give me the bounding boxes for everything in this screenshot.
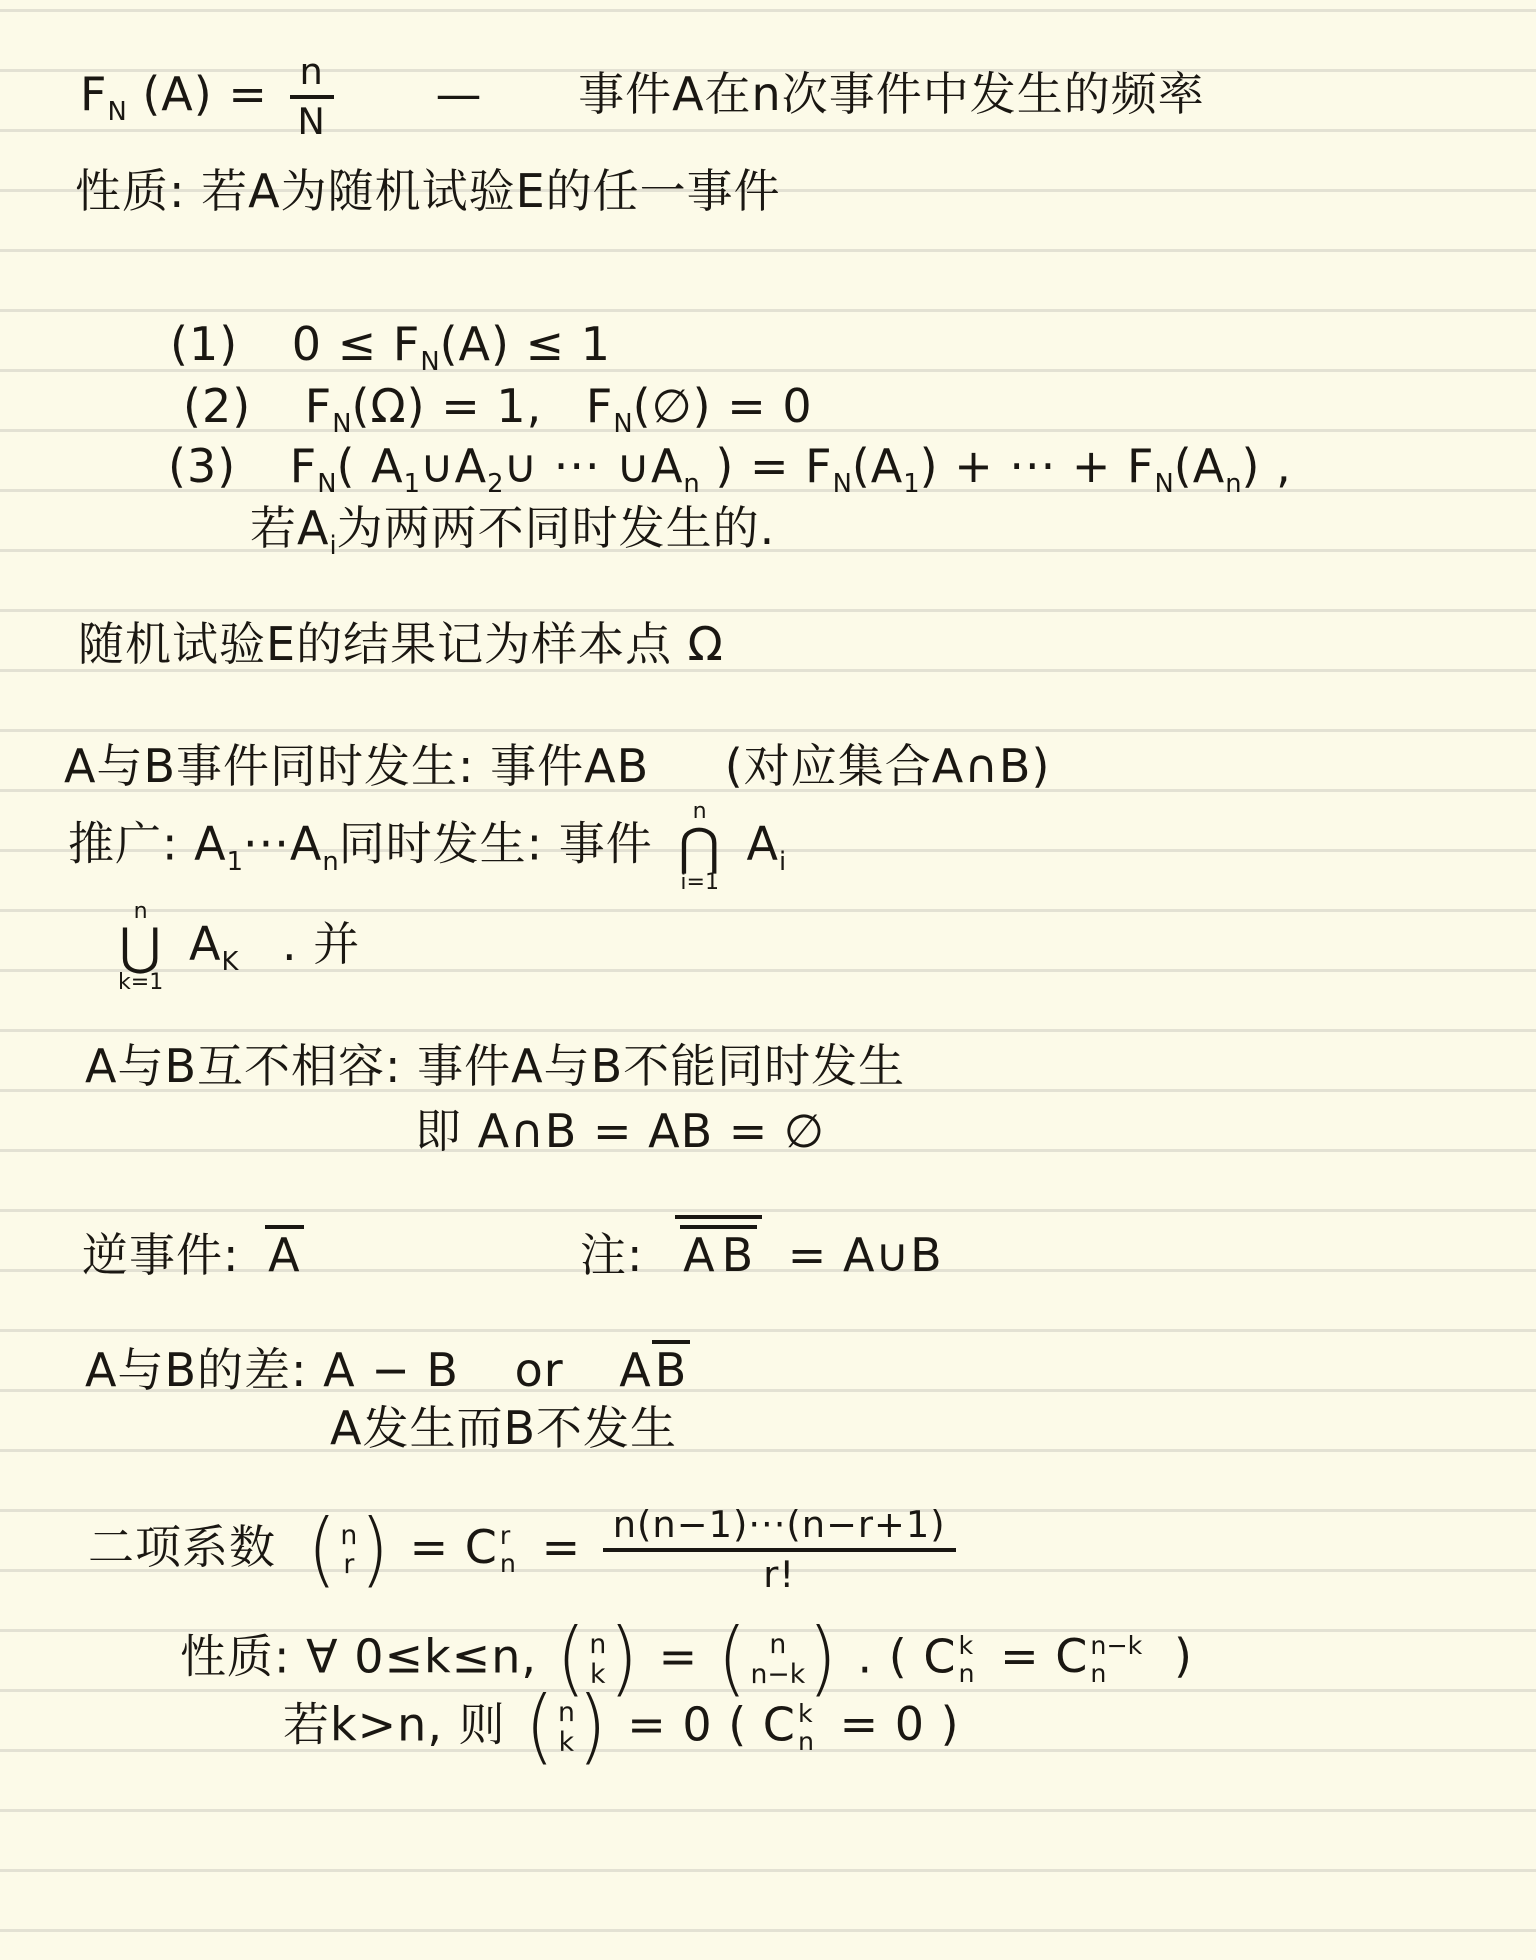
an-subscript: n <box>1225 469 1241 499</box>
complement-line: 逆事件: A <box>82 1225 304 1282</box>
fn-subscript: N <box>1155 469 1174 499</box>
prop1-rhs: (A) ≤ 1 <box>440 317 611 371</box>
property-3: (3) FN( A1∪A2∪ ··· ∪An ) = FN(A1) + ··· … <box>168 440 1292 500</box>
prop3b-seg: 若A <box>250 501 329 555</box>
prop3b-seg: 为两两不同时发生的. <box>337 501 776 555</box>
joint-occurrence-line: A与B事件同时发生: 事件AB (对应集合A∩B) <box>64 740 1050 793</box>
equals-c: = C <box>410 1520 498 1574</box>
prop3-seg: ) + ··· + F <box>920 439 1155 493</box>
binom-bottom: r <box>343 1550 354 1580</box>
binom-top: n <box>558 1698 575 1728</box>
difference-note-text: A发生而B不发生 <box>330 1401 677 1455</box>
fn-subscript: N <box>833 469 852 499</box>
binomial-property-1: 性质: ∀ 0≤k≤n, (nk) = (nn−k) . ( Ckn = Cn−… <box>180 1630 1193 1690</box>
binom-bottom: n−k <box>750 1660 805 1690</box>
union-label: . 并 <box>282 917 360 971</box>
fn-symbol: F <box>80 67 107 121</box>
c-subscript: n <box>1090 1660 1106 1688</box>
binomial-label: 二项系数 <box>88 1520 276 1574</box>
binom-prop2-mid: = 0 ( C <box>627 1697 796 1751</box>
mutually-exclusive-line: A与B互不相容: 事件A与B不能同时发生 <box>85 1040 905 1093</box>
binom-prop2-end: = 0 ) <box>840 1697 960 1751</box>
ai-subscript: i <box>779 847 786 877</box>
fn-subscript: N <box>613 409 632 439</box>
fn-symbol: F <box>586 379 613 433</box>
lower-limit: k=1 <box>118 971 163 994</box>
binom-bottom: k <box>559 1728 574 1758</box>
c-superscript: r <box>500 1522 510 1550</box>
frac-denominator: r! <box>763 1552 795 1595</box>
difference-note-line: A发生而B不发生 <box>330 1402 677 1455</box>
c-supsub: n−kn <box>1090 1632 1142 1689</box>
de-morgan-note: 注: AB = A∪B <box>580 1215 943 1282</box>
paren-close: ) <box>1174 1629 1193 1683</box>
c-supsub: kn <box>798 1700 814 1757</box>
a-plain: A <box>619 1343 651 1397</box>
mutually-exclusive-equation: 即 A∩B = AB = ∅ <box>415 1105 825 1158</box>
intersection-icon: ⋂ <box>678 823 721 871</box>
c-superscript: n−k <box>1090 1632 1142 1660</box>
c-superscript: k <box>798 1700 813 1728</box>
a-bar: A <box>680 1225 718 1279</box>
prop3-seg: ) = F <box>700 439 833 493</box>
paren-close: ) <box>808 1627 838 1692</box>
c-subscript: n <box>958 1660 974 1688</box>
binomial-fraction: n(n−1)···(n−r+1) r! <box>603 1505 956 1596</box>
binom-n-nminusk: (nn−k) <box>718 1630 838 1690</box>
equals-c: = C <box>1000 1629 1088 1683</box>
properties-header-text: 性质: 若A为随机试验E的任一事件 <box>75 164 781 218</box>
generalization-line: 推广: A1···An同时发生: 事件 n ⋂ i=1 Ai <box>68 800 786 894</box>
b-bar: B <box>652 1340 691 1394</box>
fn-subscript: N <box>107 97 126 127</box>
joint-text: A与B事件同时发生: 事件AB <box>64 739 649 793</box>
paren-open: ( <box>525 1695 555 1760</box>
binom-n-k: (nk) <box>525 1698 607 1758</box>
prop3-seg: ∪A <box>420 439 487 493</box>
paren-close: ) <box>609 1627 639 1692</box>
a2-subscript: 2 <box>487 469 503 499</box>
a1-subscript: 1 <box>404 469 420 499</box>
big-intersection-operator: n ⋂ i=1 <box>678 800 721 894</box>
property-3-continuation: 若Ai为两两不同时发生的. <box>250 502 775 562</box>
double-overline-ab: AB <box>675 1215 762 1279</box>
a1-subscript: 1 <box>227 847 243 877</box>
c-subscript: n <box>500 1550 516 1578</box>
lower-limit: i=1 <box>680 871 719 894</box>
union-line: n ⋃ k=1 AK . 并 <box>118 900 360 994</box>
union-seg: A <box>189 917 221 971</box>
property-1: (1) 0 ≤ FN(A) ≤ 1 <box>170 318 611 378</box>
prop3-seg: (A <box>1174 439 1225 493</box>
an-subscript: n <box>683 469 699 499</box>
fraction-n-over-N: n N <box>290 52 334 143</box>
mutually-exclusive-text: A与B互不相容: 事件A与B不能同时发生 <box>85 1039 905 1093</box>
binom-n-r: (nr) <box>308 1521 390 1581</box>
paren-open: ( <box>718 1627 748 1692</box>
gen-seg: 同时发生: 事件 <box>339 817 653 871</box>
frac-numerator: n <box>290 52 334 99</box>
dash: — <box>435 67 482 121</box>
fn-subscript: N <box>317 469 336 499</box>
prop1-lhs: 0 ≤ F <box>292 317 421 371</box>
a-bar: A <box>265 1225 303 1279</box>
sample-point-text: 随机试验E的结果记为样本点 Ω <box>78 617 724 671</box>
c-supsub: kn <box>958 1632 974 1689</box>
ai-subscript: i <box>329 531 336 561</box>
frac-denominator: N <box>297 99 326 142</box>
prop2-omega: (Ω) = 1, <box>352 379 543 433</box>
mutually-exclusive-eq-text: 即 A∩B = AB = ∅ <box>415 1104 825 1158</box>
properties-header: 性质: 若A为随机试验E的任一事件 <box>75 165 781 218</box>
binom-prop2-lhs: 若k>n, 则 <box>283 1697 506 1751</box>
paren-open: ( <box>308 1518 338 1583</box>
or-label: or <box>515 1343 564 1397</box>
item-number: (1) <box>170 318 238 371</box>
binomial-property-2: 若k>n, 则 (nk) = 0 ( Ckn = 0 ) <box>283 1698 960 1758</box>
prop3-seg: ( A <box>337 439 404 493</box>
gen-seg: A <box>747 817 779 871</box>
sample-point-line: 随机试验E的结果记为样本点 Ω <box>78 618 724 671</box>
joint-set-note: (对应集合A∩B) <box>725 739 1051 793</box>
an-subscript: n <box>322 847 338 877</box>
de-morgan-rhs: = A∪B <box>788 1228 943 1282</box>
binom-prop1-lhs: 性质: ∀ 0≤k≤n, <box>180 1629 537 1683</box>
property-2: (2) FN(Ω) = 1, FN(∅) = 0 <box>183 380 813 440</box>
item-number: (2) <box>183 380 251 433</box>
fn-subscript: N <box>332 409 351 439</box>
big-union-operator: n ⋃ k=1 <box>118 900 163 994</box>
prop3-seg: (A <box>852 439 903 493</box>
paren-close: ) <box>360 1518 390 1583</box>
fn-symbol: F <box>290 439 317 493</box>
binom-top: n <box>340 1521 357 1551</box>
frac-numerator: n(n−1)···(n−r+1) <box>603 1505 956 1552</box>
ak-subscript: K <box>221 947 238 977</box>
frequency-description: 事件A在n次事件中发生的频率 <box>578 67 1205 121</box>
paren-close: ) <box>578 1695 608 1760</box>
binomial-coefficient-line: 二项系数 (nr) = Crn = n(n−1)···(n−r+1) r! <box>88 1505 962 1596</box>
c-supsub: rn <box>500 1522 516 1579</box>
binom-top: n <box>769 1630 786 1660</box>
handwritten-notes-page: FN (A) = n N — 事件A在n次事件中发生的频率 性质: 若A为随机试… <box>0 0 1536 1960</box>
c-subscript: n <box>798 1728 814 1756</box>
equals: = <box>659 1629 699 1683</box>
prop3-seg: ∪ ··· ∪A <box>504 439 684 493</box>
gen-seg: 推广: A <box>68 817 227 871</box>
binom-top: n <box>589 1630 606 1660</box>
complement-label: 逆事件: <box>82 1228 240 1282</box>
equals: = <box>542 1520 582 1574</box>
prop3-seg: ) , <box>1242 439 1292 493</box>
note-label: 注: <box>580 1228 644 1282</box>
c-superscript: k <box>958 1632 973 1660</box>
b-bar: B <box>719 1225 758 1279</box>
item-number: (3) <box>168 440 236 493</box>
difference-text: A与B的差: A − B <box>85 1343 459 1397</box>
fn-subscript: N <box>420 347 439 377</box>
fn-lhs: (A) = <box>142 67 268 121</box>
difference-line: A与B的差: A − B or AB <box>85 1340 690 1397</box>
frequency-definition-line: FN (A) = n N — 事件A在n次事件中发生的频率 <box>80 52 1205 143</box>
binom-prop1-mid: . ( C <box>858 1629 957 1683</box>
prop2-empty: (∅) = 0 <box>633 379 813 433</box>
fn-symbol: F <box>305 379 332 433</box>
union-icon: ⋃ <box>119 923 162 971</box>
gen-seg: ···A <box>243 817 322 871</box>
a1-subscript: 1 <box>903 469 919 499</box>
